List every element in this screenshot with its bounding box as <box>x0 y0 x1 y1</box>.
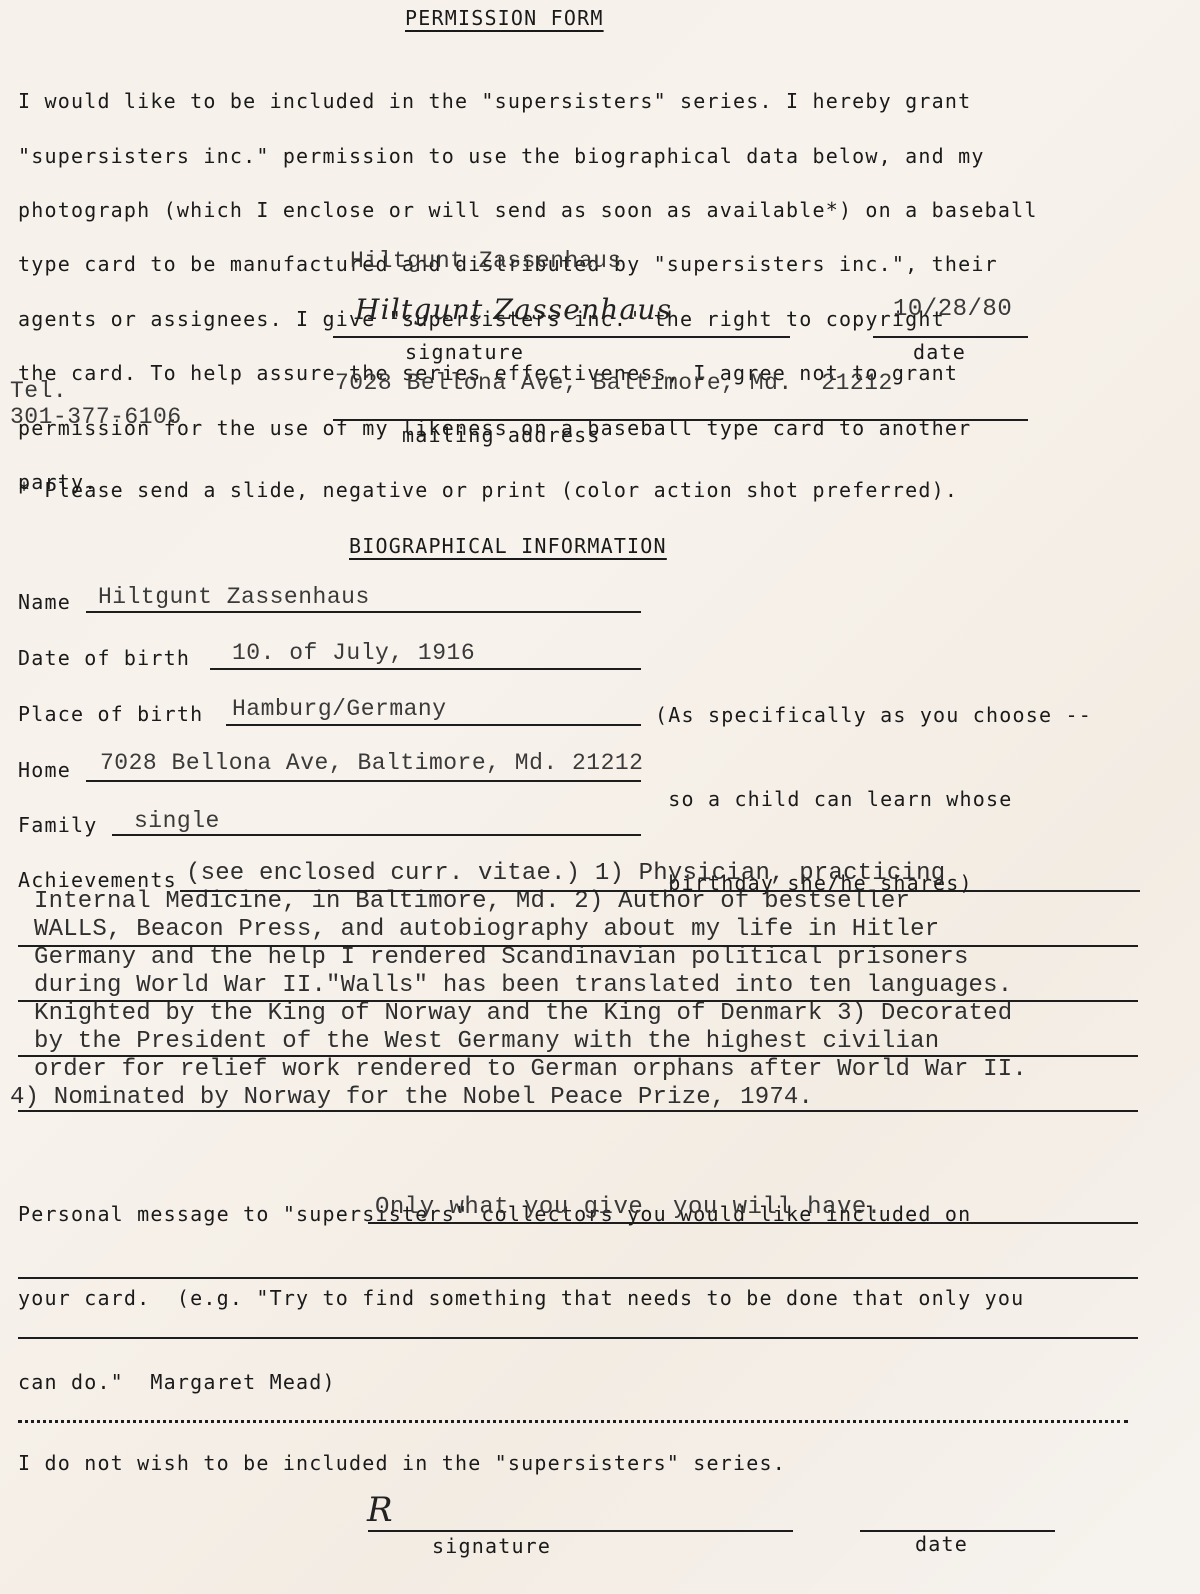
message-line-extra[interactable] <box>18 1337 1138 1339</box>
date-value[interactable]: 10/28/80 <box>893 296 1012 323</box>
home-line <box>86 780 641 782</box>
signature-line <box>333 336 790 338</box>
cut-line-divider <box>18 1420 1128 1423</box>
achievements-line-rule <box>18 1000 1138 1002</box>
achievements-line: Internal Medicine, in Baltimore, Md. 2) … <box>34 888 910 915</box>
optout-text: I do not wish to be included in the "sup… <box>18 1451 786 1475</box>
paragraph-line: I would like to be included in the "supe… <box>18 88 1118 115</box>
pob-line <box>226 724 641 726</box>
achievements-line: 4) Nominated by Norway for the Nobel Pea… <box>10 1084 813 1111</box>
achievements-line-rule <box>18 1055 1138 1057</box>
date-label: date <box>913 340 966 364</box>
mailing-address-line <box>333 419 1028 421</box>
family-value[interactable]: single <box>134 808 220 834</box>
mailing-address-label: mailing address <box>402 423 601 447</box>
message-line <box>368 1222 1138 1224</box>
optout-signature-mark[interactable]: R <box>367 1490 394 1530</box>
biographical-title: BIOGRAPHICAL INFORMATION <box>349 534 667 558</box>
typed-name: Hiltgunt Zassenhaus <box>350 248 622 274</box>
optout-signature-label: signature <box>432 1534 551 1558</box>
achievements-line-rule <box>18 1110 1138 1112</box>
name-value[interactable]: Hiltgunt Zassenhaus <box>98 584 370 610</box>
achievements-line: order for relief work rendered to German… <box>34 1056 1027 1083</box>
achievements-line-rule <box>18 945 1138 947</box>
message-line-extra[interactable] <box>18 1277 1138 1279</box>
dob-note-line: (As specifically as you choose -- <box>655 701 1092 729</box>
paragraph-line: "supersisters inc." permission to use th… <box>18 143 1118 170</box>
pob-value[interactable]: Hamburg/Germany <box>232 696 447 722</box>
dob-line <box>210 668 641 670</box>
family-label: Family <box>18 813 97 837</box>
achievements-line: (see enclosed curr. vitae.) 1) Physician… <box>186 860 945 887</box>
date-line <box>873 336 1028 338</box>
achievements-line: WALLS, Beacon Press, and autobiography a… <box>34 916 939 943</box>
optout-signature-line <box>368 1530 793 1532</box>
name-line <box>86 611 641 613</box>
achievements-line: Knighted by the King of Norway and the K… <box>34 1000 1012 1027</box>
paragraph-line: photograph (which I enclose or will send… <box>18 197 1118 224</box>
tel-value: 301-377-6106 <box>10 404 182 430</box>
message-value[interactable]: Only what you give you will have. <box>375 1194 882 1221</box>
home-value[interactable]: 7028 Bellona Ave, Baltimore, Md. 21212 <box>100 750 644 776</box>
pob-label: Place of birth <box>18 702 203 726</box>
message-prompt-line: your card. (e.g. "Try to find something … <box>18 1284 1024 1312</box>
signature-value[interactable]: Hiltgunt Zassenhaus <box>355 293 672 326</box>
achievements-line: by the President of the West Germany wit… <box>34 1028 939 1055</box>
message-prompt: Personal message to "supersisters" colle… <box>18 1144 1024 1452</box>
optout-date-label: date <box>915 1532 968 1556</box>
message-prompt-line: can do." Margaret Mead) <box>18 1368 1024 1396</box>
family-line <box>112 834 641 836</box>
achievements-line: during World War II."Walls" has been tra… <box>34 972 1012 999</box>
photo-note: * Please send a slide, negative or print… <box>18 478 958 502</box>
permission-form-title: PERMISSION FORM <box>405 6 604 30</box>
achievements-line-rule <box>180 890 1140 892</box>
mailing-address-value[interactable]: 7028 Bellona Ave, Baltimore, Md. 21212 <box>335 370 893 396</box>
dob-value[interactable]: 10. of July, 1916 <box>232 640 475 666</box>
home-label: Home <box>18 758 71 782</box>
name-label: Name <box>18 590 71 614</box>
dob-label: Date of birth <box>18 646 190 670</box>
achievements-line: Germany and the help I rendered Scandina… <box>34 944 969 971</box>
signature-label: signature <box>405 340 524 364</box>
dob-note-line: so a child can learn whose <box>655 785 1092 813</box>
tel-label: Tel. <box>10 378 67 404</box>
